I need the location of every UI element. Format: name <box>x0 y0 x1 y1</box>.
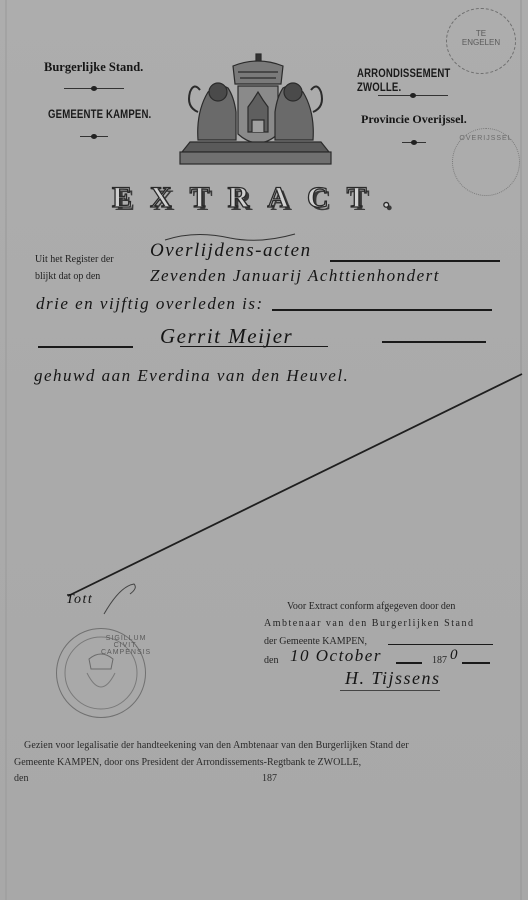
fill-line <box>388 644 493 645</box>
ornament-divider <box>80 136 108 137</box>
hand-cert-year: 0 <box>450 647 459 664</box>
legalisation-den-label: den <box>14 773 28 784</box>
header-gemeente-kampen: GEMEENTE KAMPEN. <box>48 107 151 121</box>
signature: H. Tijssens <box>345 668 441 689</box>
hand-year-phrase: drie en vijftig overleden is: <box>36 294 264 314</box>
seal-text: SIGILLUM CIVIT. CAMPENSIS <box>101 635 151 656</box>
document-page: Burgerlijke Stand. GEMEENTE KAMPEN. ARRO… <box>0 0 528 900</box>
label-register: Uit het Register der <box>35 254 114 265</box>
label-date: blijkt dat op den <box>35 271 100 282</box>
legalisation-line-2: Gemeente KAMPEN, door ons President der … <box>14 757 361 768</box>
cert-line-2: Ambtenaar van den Burgerlijken Stand <box>264 618 474 629</box>
ornament-divider <box>64 88 124 89</box>
name-underline <box>180 346 328 347</box>
hand-register-type: Overlijdens-acten <box>150 240 312 262</box>
legalisation-line-1: Gezien voor legalisatie der handteekenin… <box>24 740 409 751</box>
stamp-overijssel: OVERIJSSEL <box>452 128 520 196</box>
signature-underline <box>340 690 440 691</box>
header-burgerlijke-stand: Burgerlijke Stand. <box>44 60 143 75</box>
cert-den-label: den <box>264 655 278 666</box>
stamp-text: TE <box>447 29 515 38</box>
ornament-divider <box>402 142 426 143</box>
stamp-text: OVERIJSSEL <box>453 135 519 142</box>
legalisation-year-prefix: 187 <box>262 773 277 784</box>
fill-line <box>462 662 490 664</box>
stamp-text: ENGELEN <box>447 38 515 47</box>
stamp-top-right: TE ENGELEN <box>446 8 516 74</box>
seal-sigillum: SIGILLUM CIVIT. CAMPENSIS <box>56 628 146 718</box>
fill-line <box>38 346 133 348</box>
cert-line-1: Voor Extract conform afgegeven door den <box>287 601 455 612</box>
fill-line <box>272 309 492 311</box>
fill-line <box>382 341 486 343</box>
cert-year-prefix: 187 <box>432 655 447 666</box>
fill-line <box>396 662 422 664</box>
title-extract: EXTRACT. <box>112 181 408 215</box>
coat-of-arms-icon <box>178 52 333 172</box>
hand-tott-note: Tott <box>66 592 93 608</box>
cancel-stroke <box>60 370 528 600</box>
ornament-divider <box>378 95 448 96</box>
flourish-icon <box>100 578 140 618</box>
hand-cert-date: 10 October <box>290 646 382 666</box>
header-provincie-overijssel: Provincie Overijssel. <box>361 112 467 127</box>
hand-date: Zevenden Januarij Achttienhondert <box>150 266 440 286</box>
fill-line <box>330 260 500 262</box>
page-edge-left <box>5 0 7 900</box>
